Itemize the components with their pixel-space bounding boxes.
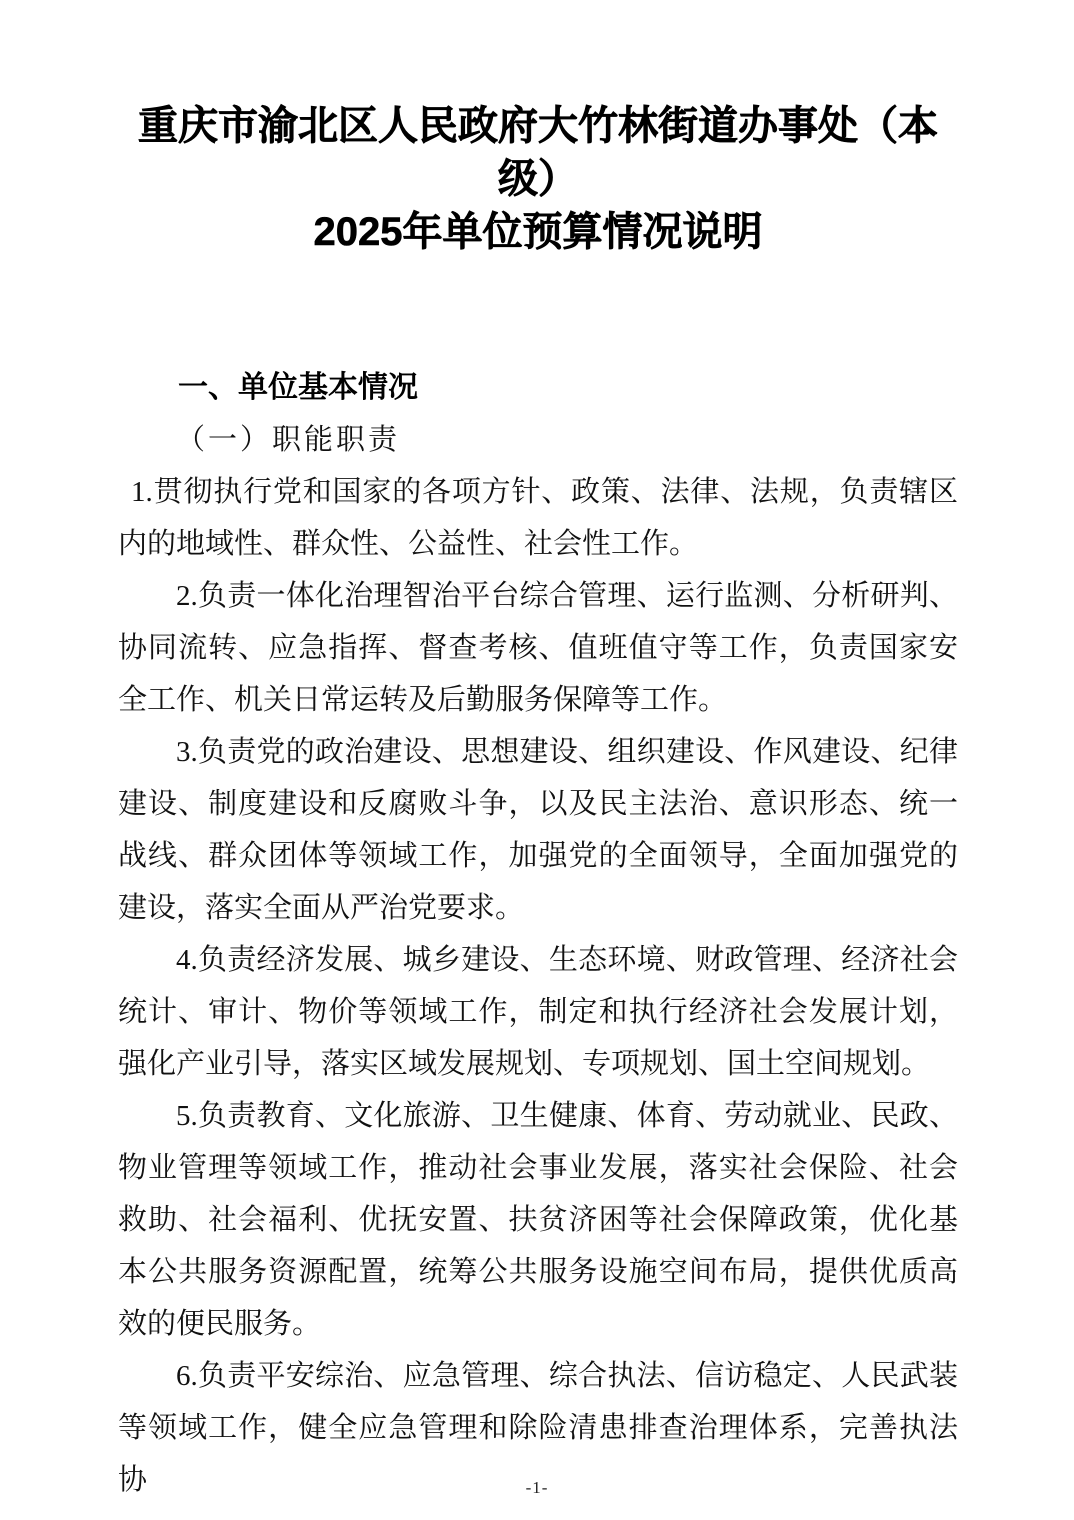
document-title-subject: 2025年单位预算情况说明 bbox=[127, 206, 949, 259]
section-heading-basic-info: 一、单位基本情况 bbox=[118, 362, 958, 414]
paragraph-duty-4: 4.负责经济发展、城乡建设、生态环境、财政管理、经济社会统计、审计、物价等领域工… bbox=[118, 934, 958, 1090]
document-page: 重庆市渝北区人民政府大竹林街道办事处（本级） 2025年单位预算情况说明 一、单… bbox=[0, 0, 1074, 1520]
paragraph-duty-1: 1.贯彻执行党和国家的各项方针、政策、法律、法规，负责辖区内的地域性、群众性、公… bbox=[118, 466, 958, 570]
document-title-org: 重庆市渝北区人民政府大竹林街道办事处（本级） bbox=[127, 100, 949, 206]
subsection-heading-duties: （一）职能职责 bbox=[118, 414, 958, 466]
paragraph-duty-2: 2.负责一体化治理智治平台综合管理、运行监测、分析研判、协同流转、应急指挥、督查… bbox=[118, 570, 958, 726]
paragraph-duty-3: 3.负责党的政治建设、思想建设、组织建设、作风建设、纪律建设、制度建设和反腐败斗… bbox=[118, 726, 958, 934]
paragraph-duty-5: 5.负责教育、文化旅游、卫生健康、体育、劳动就业、民政、物业管理等领域工作，推动… bbox=[118, 1090, 958, 1350]
page-number: -1- bbox=[0, 1478, 1074, 1498]
document-title: 重庆市渝北区人民政府大竹林街道办事处（本级） 2025年单位预算情况说明 bbox=[127, 100, 949, 259]
